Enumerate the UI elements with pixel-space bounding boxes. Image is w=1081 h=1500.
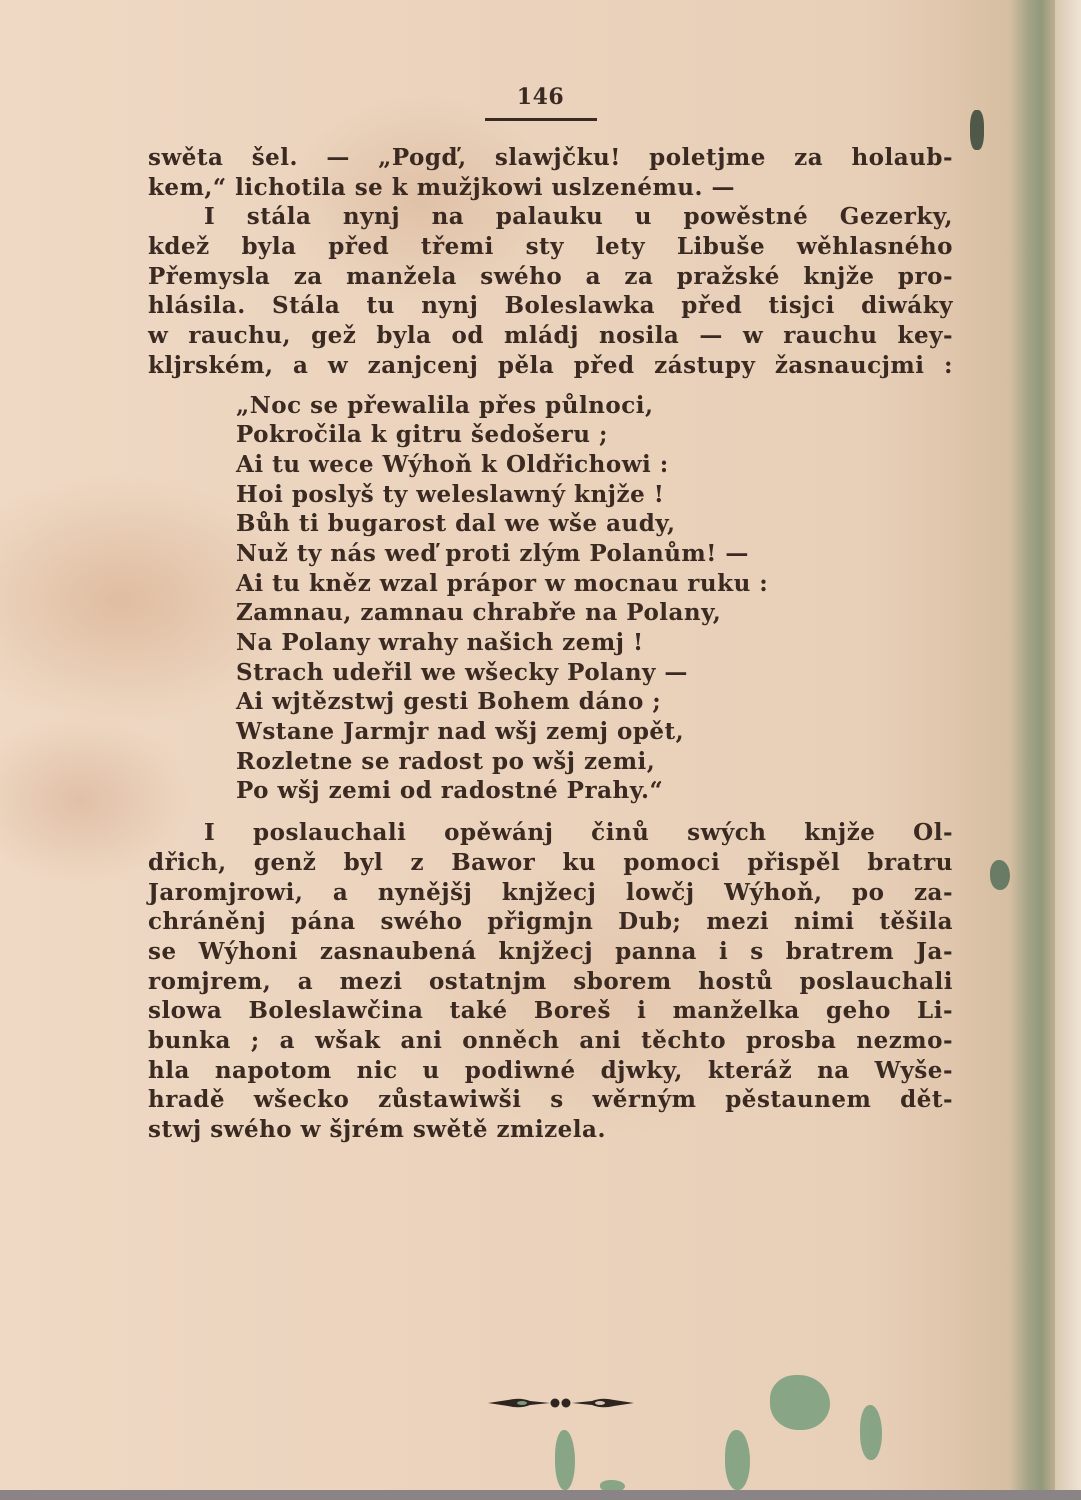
text-line: slowa Boleslawčina také Boreš i manželka… [148,996,953,1026]
text-line: hradě wšecko zůstawiwši s wěrným pěstaun… [148,1085,953,1115]
verse-line: Hoi poslyš ty weleslawný knjže ! [236,480,953,510]
text-line: stwj swého w šjrém swětě zmizela. [148,1115,953,1145]
text-line: Jaromjrowi, a nynějšj knjžecj lowčj Wýho… [148,878,953,908]
text-line: kem,“ lichotila se k mužjkowi uslzenému.… [148,173,953,203]
verse-line: Ai tu kněz wzal prápor w mocnau ruku : [236,569,953,599]
page-number-rule [485,118,597,121]
scanned-book-page: 146 swěta šel. — „Pogď, slawjčku! poletj… [0,0,1081,1500]
text-line: dřich, genž byl z Bawor ku pomoci přispě… [148,848,953,878]
text-line: se Wýhoni zasnaubená knjžecj panna i s b… [148,937,953,967]
text-line: hla napotom nic u podiwné djwky, kteráž … [148,1056,953,1086]
verse-line: Ai tu wece Wýhoň k Oldřichowi : [236,450,953,480]
verse-line: Pokročila k gitru šedošeru ; [236,420,953,450]
page-gutter-stain [1010,0,1055,1500]
verse-line: Strach udeřil we wšecky Polany — [236,658,953,688]
text-line: chráněnj pána swého přigmjn Dub; mezi ni… [148,907,953,937]
verse-line: Po wšj zemi od radostné Prahy.“ [236,776,953,806]
mold-stain [770,1375,830,1430]
text-line: hlásila. Stála tu nynj Boleslawka před t… [148,291,953,321]
text-line: bunka ; a wšak ani onněch ani těchto pro… [148,1026,953,1056]
verse-line: Ai wjtězstwj gesti Bohem dáno ; [236,687,953,717]
mold-stain [990,860,1010,890]
verse-line: Nuž ty nás weď proti zlým Polanům! — [236,539,953,569]
text-line: swěta šel. — „Pogď, slawjčku! poletjme z… [148,143,953,173]
verse-line: Na Polany wrahy našich zemj ! [236,628,953,658]
page-number: 146 [128,82,953,112]
verse-line: Zamnau, zamnau chrabře na Polany, [236,598,953,628]
page-outer-margin [1055,0,1081,1500]
mold-stain [725,1430,750,1490]
mold-stain [860,1405,882,1460]
text-line: kljrském, a w zanjcenj pěla před zástupy… [148,351,953,381]
end-ornament-icon [488,1395,634,1411]
verse-line: Bůh ti bugarost dal we wše audy, [236,509,953,539]
poem-verse: „Noc se přewalila přes půlnoci, Pokročil… [148,391,953,807]
verse-line: Wstane Jarmjr nad wšj zemj opět, [236,717,953,747]
page-text: 146 swěta šel. — „Pogď, slawjčku! poletj… [148,82,953,1145]
text-line: I poslauchali opěwánj činů swých knjže O… [148,818,953,848]
mold-stain [555,1430,575,1490]
verse-line: „Noc se přewalila přes půlnoci, [236,391,953,421]
text-line: I stála nynj na palauku u powěstné Gezer… [148,202,953,232]
mold-stain [970,110,984,150]
text-line: Přemysla za manžela swého a za pražské k… [148,262,953,292]
scan-bottom-edge [0,1490,1081,1500]
text-line: romjrem, a mezi ostatnjm sborem hostů po… [148,967,953,997]
text-line: w rauchu, gež byla od mládj nosila — w r… [148,321,953,351]
verse-line: Rozletne se radost po wšj zemi, [236,747,953,777]
text-line: kdež byla před třemi sty lety Libuše wěh… [148,232,953,262]
